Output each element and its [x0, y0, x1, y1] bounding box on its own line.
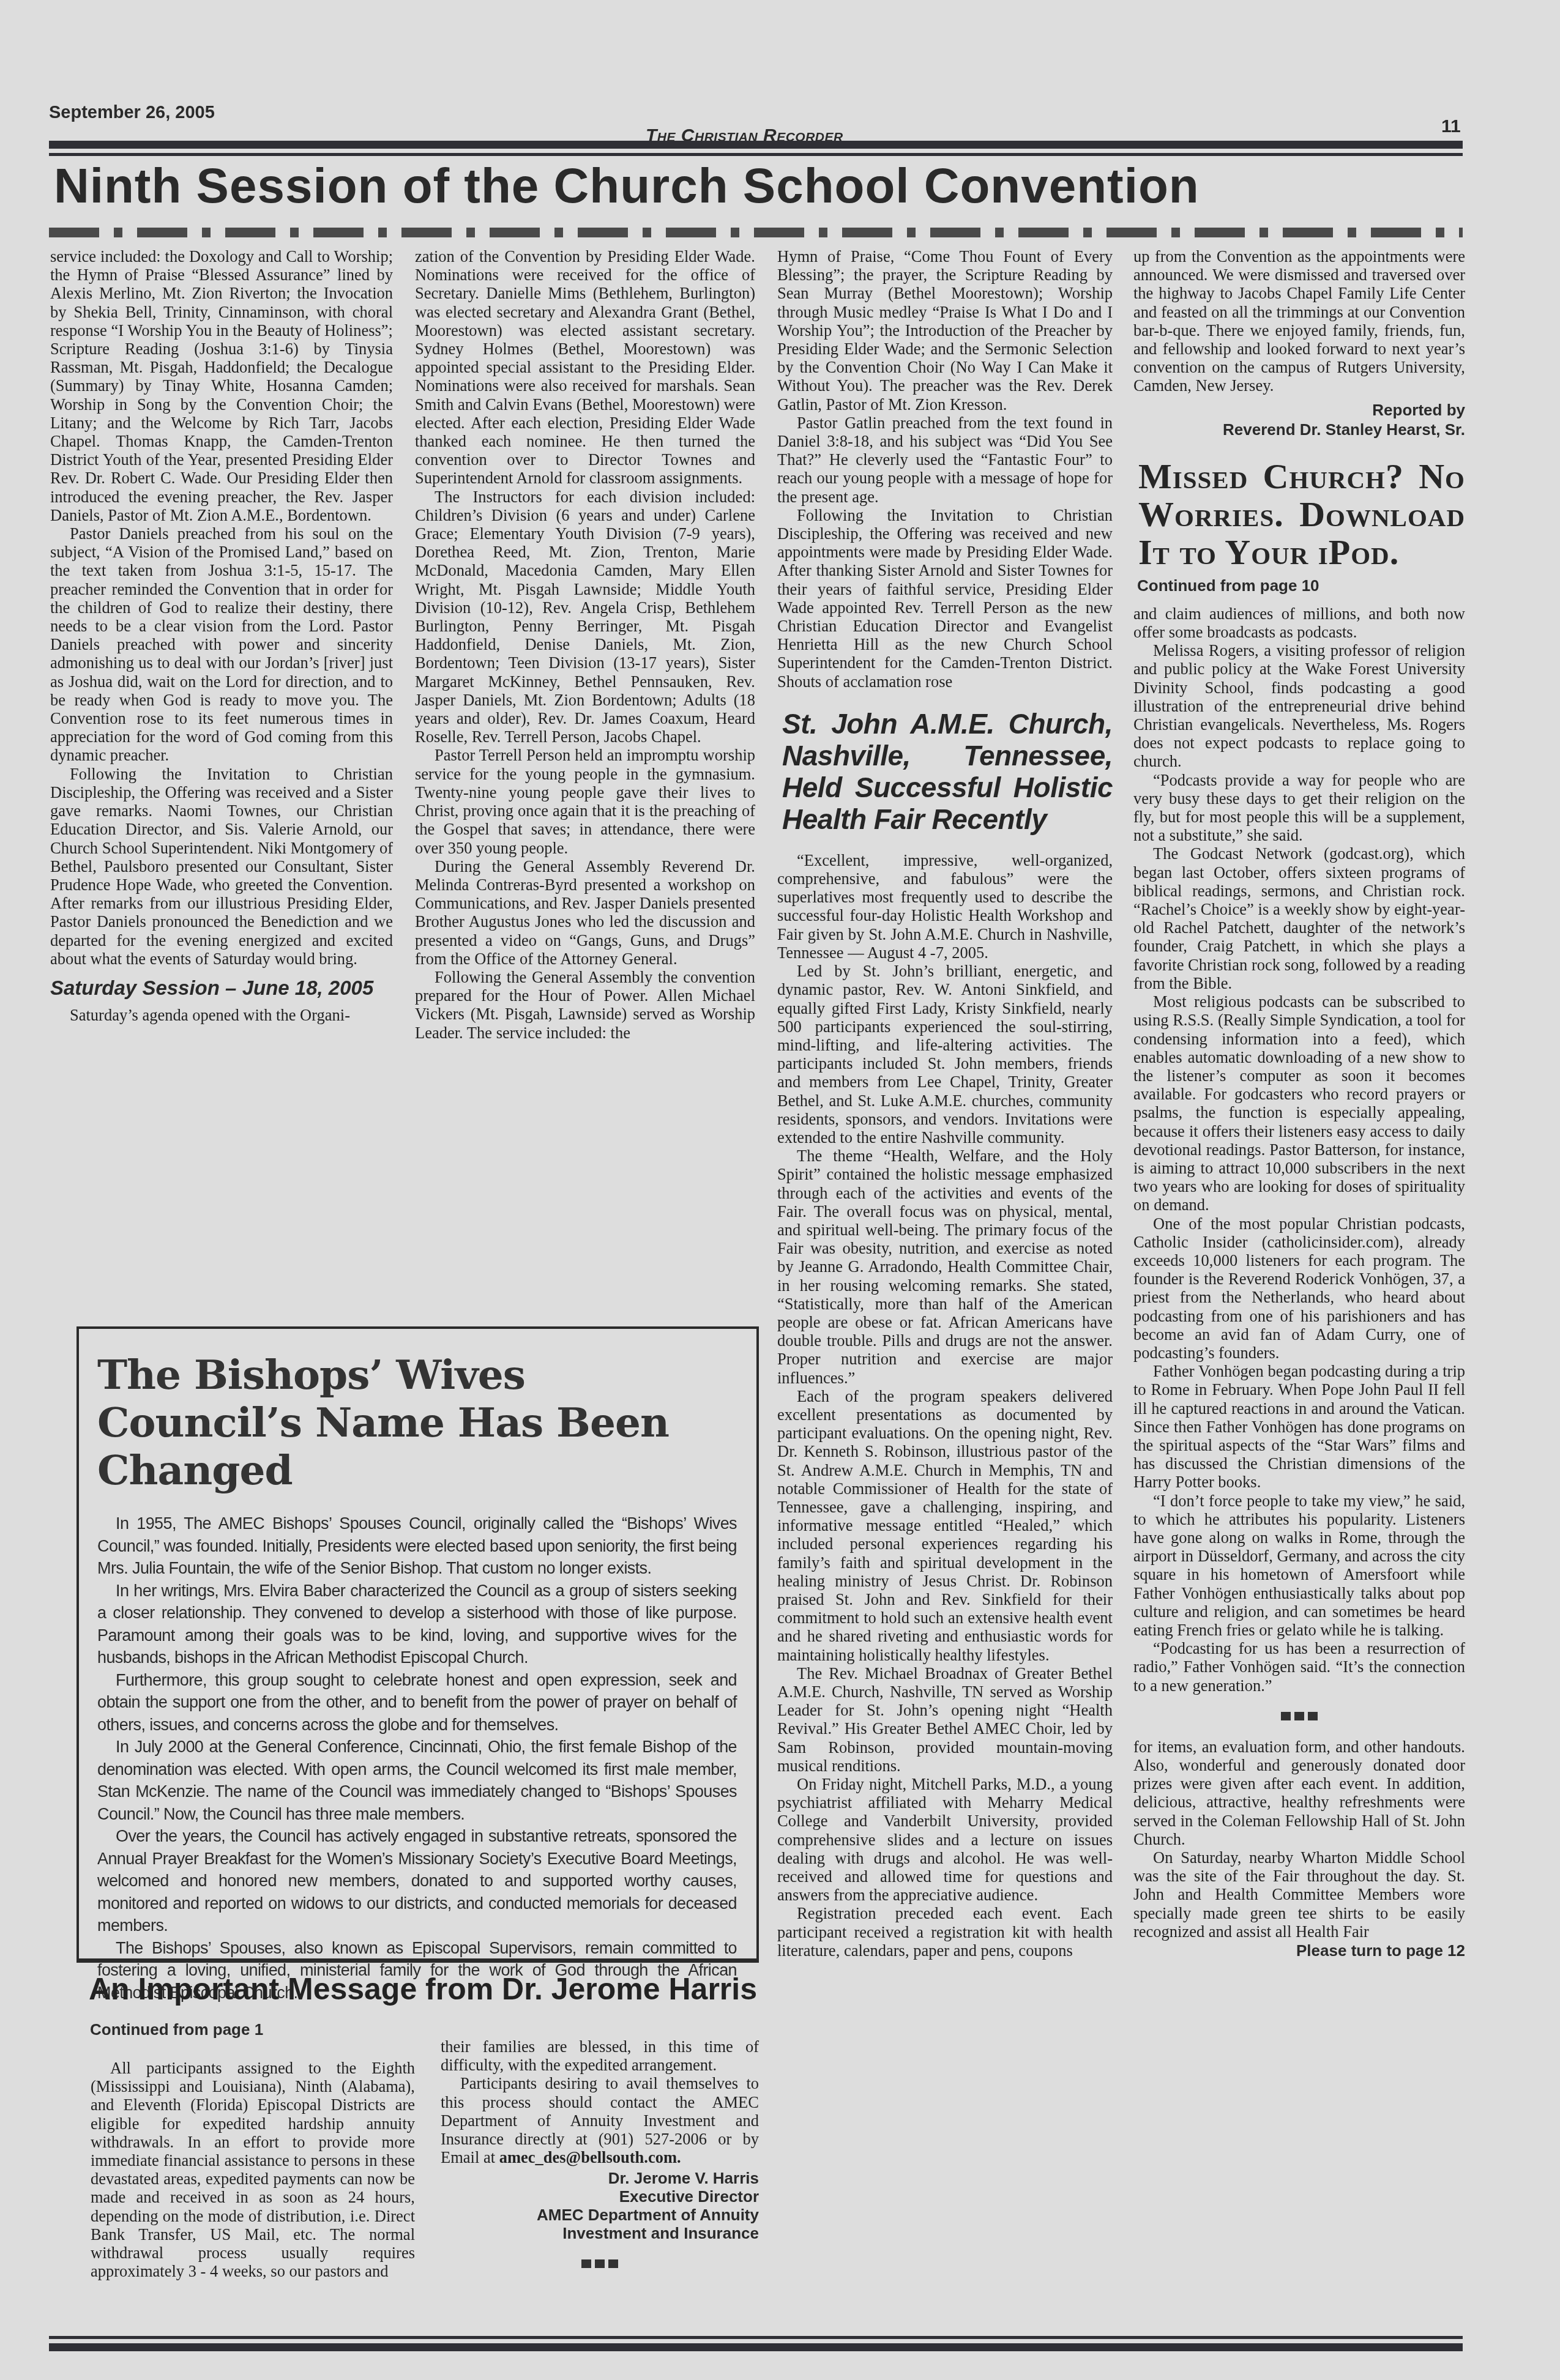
signature-department-2: Investment and Insurance [441, 2224, 759, 2242]
byline-author: Reverend Dr. Stanley Hearst, Sr. [1133, 420, 1465, 439]
article-paragraph: Saturday’s agenda opened with the Organi… [50, 1006, 393, 1024]
harris-signature: Dr. Jerome V. Harris Executive Director … [441, 2169, 759, 2242]
footer-rule-thick [49, 2343, 1463, 2351]
article-paragraph: and claim audiences of millions, and bot… [1133, 604, 1465, 641]
article-paragraph: service included: the Doxology and Call … [50, 247, 393, 524]
contact-email-link[interactable]: amec_des@bellsouth.com. [499, 2148, 681, 2166]
page-number: 11 [1441, 116, 1461, 137]
article-paragraph: In her writings, Mrs. Elvira Baber chara… [97, 1580, 737, 1669]
article-paragraph: for items, an evaluation form, and other… [1133, 1738, 1465, 1848]
article-paragraph: their families are blessed, in this time… [441, 2037, 759, 2074]
convention-column-3: Hymn of Praise, “Come Thou Fount of Ever… [777, 247, 1113, 1960]
article-paragraph: Father Vonhögen began podcasting during … [1133, 1362, 1465, 1491]
article-paragraph: Hymn of Praise, “Come Thou Fount of Ever… [777, 247, 1113, 414]
bishops-body: In 1955, The AMEC Bishops’ Spouses Counc… [97, 1512, 737, 2004]
convention-column-1: service included: the Doxology and Call … [50, 247, 393, 1024]
article-paragraph: “Podcasting for us has been a resurrecti… [1133, 1639, 1465, 1695]
ipod-headline: Missed Church? No Worries. Download It t… [1138, 458, 1465, 571]
dashed-divider [49, 226, 1463, 239]
bishops-council-box: The Bishops’ Wives Council’s Name Has Be… [77, 1326, 759, 1963]
article-paragraph: Each of the program speakers delivered e… [777, 1387, 1113, 1664]
article-paragraph: In 1955, The AMEC Bishops’ Spouses Counc… [97, 1512, 737, 1580]
convention-column-2: zation of the Convention by Presiding El… [415, 247, 755, 1042]
article-paragraph: Registration preceded each event. Each p… [777, 1904, 1113, 1960]
article-paragraph: Over the years, the Council has actively… [97, 1825, 737, 1937]
article-paragraph: Furthermore, this group sought to celebr… [97, 1669, 737, 1736]
article-paragraph: Led by St. John’s brilliant, energetic, … [777, 962, 1113, 1147]
article-paragraph: Following the Invitation to Christian Di… [777, 506, 1113, 691]
continued-from-page-10: Continued from page 10 [1137, 576, 1465, 595]
article-paragraph: The Godcast Network (godcast.org), which… [1133, 844, 1465, 992]
footer-rule-thin [49, 2336, 1463, 2339]
harris-column-2: their families are blessed, in this time… [441, 2037, 759, 2285]
article-paragraph: On Friday night, Mitchell Parks, M.D., a… [777, 1775, 1113, 1904]
article-paragraph: Following the Invitation to Christian Di… [50, 765, 393, 968]
signature-title: Executive Director [441, 2187, 759, 2206]
jump-to-page-12[interactable]: Please turn to page 12 [1133, 1941, 1465, 1960]
signature-department: AMEC Department of Annuity [441, 2206, 759, 2224]
masthead-rule-thick [49, 141, 1463, 149]
column-4: up from the Convention as the appointmen… [1133, 247, 1465, 1960]
harris-column-1: All participants assigned to the Eighth … [91, 2059, 415, 2280]
article-paragraph: zation of the Convention by Presiding El… [415, 247, 755, 488]
convention-headline: Ninth Session of the Church School Conve… [54, 158, 1200, 214]
article-paragraph: Participants desiring to avail themselve… [441, 2074, 759, 2166]
issue-date: September 26, 2005 [49, 103, 215, 123]
harris-headline: An Important Message from Dr. Jerome Har… [89, 1971, 757, 2007]
article-paragraph: All participants assigned to the Eighth … [91, 2059, 415, 2280]
masthead-rule-thin [49, 153, 1463, 156]
end-of-article-marker [1133, 1712, 1465, 1720]
article-paragraph: Melissa Rogers, a visiting professor of … [1133, 641, 1465, 770]
article-paragraph: The Rev. Michael Broadnax of Greater Bet… [777, 1664, 1113, 1775]
article-paragraph: On Saturday, nearby Wharton Middle Schoo… [1133, 1848, 1465, 1941]
end-of-article-marker [441, 2259, 759, 2268]
saturday-session-subhead: Saturday Session – June 18, 2005 [50, 979, 393, 997]
continued-from-page-1: Continued from page 1 [90, 2020, 263, 2039]
article-paragraph: The theme “Health, Welfare, and the Holy… [777, 1147, 1113, 1387]
article-paragraph: “I don’t force people to take my view,” … [1133, 1492, 1465, 1640]
bishops-headline: The Bishops’ Wives Council’s Name Has Be… [97, 1351, 737, 1494]
article-paragraph: Pastor Daniels preached from his soul on… [50, 524, 393, 765]
byline-label: Reported by [1133, 400, 1465, 420]
article-paragraph: In July 2000 at the General Conference, … [97, 1736, 737, 1825]
stjohn-headline: St. John A.M.E. Church, Nashville, Tenne… [782, 708, 1113, 835]
article-paragraph: The Instructors for each division includ… [415, 488, 755, 746]
article-paragraph: Pastor Gatlin preached from the text fou… [777, 414, 1113, 506]
article-paragraph: “Excellent, impressive, well-organized, … [777, 851, 1113, 962]
article-paragraph: One of the most popular Christian podcas… [1133, 1214, 1465, 1363]
article-paragraph: up from the Convention as the appointmen… [1133, 247, 1465, 395]
article-paragraph: Pastor Terrell Person held an impromptu … [415, 746, 755, 857]
signature-name: Dr. Jerome V. Harris [441, 2169, 759, 2187]
article-paragraph: Most religious podcasts can be subscribe… [1133, 992, 1465, 1214]
article-paragraph: “Podcasts provide a way for people who a… [1133, 771, 1465, 845]
newspaper-page: September 26, 2005 The Christian Recorde… [0, 0, 1560, 2380]
article-paragraph: During the General Assembly Reverend Dr.… [415, 857, 755, 968]
article-paragraph: Following the General Assembly the conve… [415, 968, 755, 1042]
